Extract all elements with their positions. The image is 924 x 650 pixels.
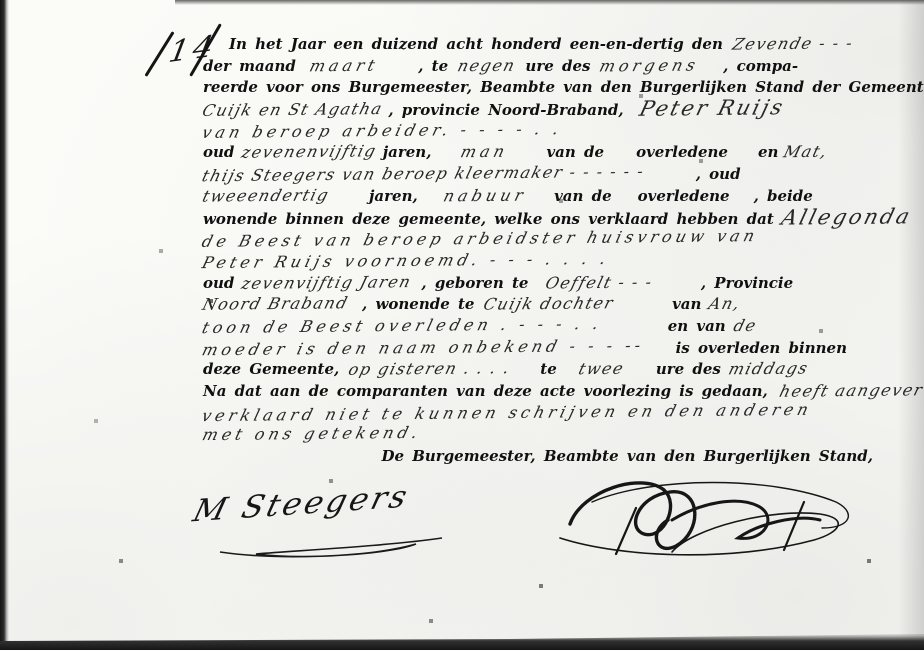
handwritten-text: op gisteren . . . .	[346, 357, 513, 380]
handwritten-text: negen	[455, 54, 518, 76]
handwritten-text: morgens	[598, 54, 703, 77]
informant-signature: M Steegers	[196, 486, 466, 566]
handwritten-text: thijs Steegers van beroep kleermaker - -…	[200, 161, 648, 187]
handwritten-text: zevenvijftig Jaren	[239, 271, 414, 294]
printed-text: overledene	[636, 143, 728, 161]
document-line: thijs Steegers van beroep kleermaker - -…	[203, 163, 885, 185]
scan-edge-right	[898, 0, 924, 650]
printed-text: der maand	[203, 57, 296, 75]
printed-text: te	[540, 360, 556, 378]
handwritten-text: zevenenvijftig	[239, 141, 379, 164]
printed-text: overledene	[638, 187, 730, 205]
printed-text: wonende binnen deze gemeente, welke ons …	[203, 210, 774, 228]
printed-text: , provincie Noord-Braband,	[388, 101, 623, 119]
printed-text: ure des	[525, 57, 590, 75]
handwritten-text: moeder is den naam onbekend - - - --	[200, 334, 647, 360]
burgemeester-signature	[552, 462, 872, 582]
handwritten-text: tweeendertig	[200, 184, 332, 207]
printed-text: en van	[668, 317, 726, 335]
printed-text: is overleden binnen	[676, 339, 847, 357]
printed-text: deze Gemeente,	[203, 360, 339, 378]
handwritten-text: Peter Ruijs voornoemd. - - - . . . .	[200, 248, 613, 274]
document-line: oudzevenvijftig Jaren, geboren teOeffelt…	[203, 272, 885, 294]
handwritten-text: maart	[307, 54, 381, 76]
document-line: de Beest van beroep arbeidster huisvrouw…	[203, 228, 885, 250]
handwritten-text: middags	[726, 358, 811, 381]
printed-text: ure des	[656, 360, 721, 378]
certificate-text: In het Jaar een duizend acht honderd een…	[203, 33, 885, 467]
handwritten-text: Cuijk en St Agatha	[200, 98, 385, 122]
document-line: Cuijk en St Agatha, provincie Noord-Brab…	[203, 98, 885, 120]
document-line: Noord Braband, wonende teCuijk dochterva…	[203, 293, 885, 315]
printed-text: , oud	[696, 165, 741, 183]
scan-edge-top	[175, 0, 924, 5]
scan-edge-bottom	[0, 630, 924, 650]
document-line: Peter Ruijs voornoemd. - - - . . . .	[203, 250, 885, 272]
printed-text: en	[758, 143, 778, 161]
signature-underline-flourish-icon	[216, 534, 446, 560]
printed-text: , Provincie	[701, 274, 793, 292]
handwritten-text: Peter Ruijs	[637, 97, 787, 120]
handwritten-text: twee	[576, 358, 627, 380]
printed-text: van de	[554, 187, 612, 205]
document-line: verklaard niet te kunnen schrijven en de…	[203, 402, 885, 424]
printed-text: , wonende te	[362, 295, 474, 313]
printed-text: oud	[203, 143, 234, 161]
handwritten-text: Zevende - - -	[730, 32, 856, 55]
handwritten-text: nabuur	[441, 184, 529, 207]
printed-text: van	[672, 295, 701, 313]
informant-signature-name: M Steegers	[189, 479, 413, 530]
handwritten-text: met ons getekend.	[200, 422, 424, 446]
handwritten-text: man	[459, 141, 512, 163]
document-line: van beroep arbeider. - - - - . .	[203, 120, 885, 142]
handwritten-text: Noord Braband	[200, 292, 351, 315]
document-line: toon de Beest overleden . - - - . .en va…	[203, 315, 885, 337]
handwritten-text: van beroep arbeider. - - - - . .	[200, 118, 565, 143]
document-line: moeder is den naam onbekend - - - --is o…	[203, 337, 885, 359]
document-line: der maandmaart, tenegenure desmorgens, c…	[203, 55, 885, 77]
printed-text: In het Jaar een duizend acht honderd een…	[229, 35, 723, 53]
printed-text: , te	[418, 57, 448, 75]
handwritten-text: de	[731, 315, 759, 337]
handwritten-text: Mat,	[782, 141, 831, 163]
death-certificate-scan: 14 In het Jaar een duizend acht honderd …	[0, 0, 924, 650]
printed-text: , beide	[754, 187, 813, 205]
printed-text: oud	[203, 274, 234, 292]
printed-text: Na dat aan de comparanten van deze acte …	[203, 382, 768, 400]
printed-text: jaren,	[383, 143, 432, 161]
document-line: oudzevenenvijftigjaren,manvan deoverlede…	[203, 141, 885, 163]
printed-text: , compa-	[723, 57, 798, 75]
scan-edge-left	[0, 0, 9, 650]
document-line: deze Gemeente,op gisteren . . . .tetweeu…	[203, 358, 885, 380]
handwritten-text: Allegonda	[779, 206, 914, 229]
handwritten-text: Oeffelt - - -	[543, 271, 655, 294]
document-line: tweeendertigjaren,nabuurvan deoverledene…	[203, 185, 885, 207]
paper-speckles	[0, 0, 2, 2]
printed-text: reerde voor ons Burgemeester, Beambte va…	[203, 78, 924, 96]
document-line: wonende binnen deze gemeente, welke ons …	[203, 207, 885, 229]
document-line: In het Jaar een duizend acht honderd een…	[203, 33, 885, 55]
document-line: met ons getekend.	[203, 423, 885, 445]
burgemeester-signature-icon	[552, 462, 872, 582]
printed-text: jaren,	[369, 187, 418, 205]
printed-text: , geboren te	[421, 274, 528, 292]
handwritten-text: An,	[707, 293, 744, 315]
printed-text: van de	[546, 143, 604, 161]
